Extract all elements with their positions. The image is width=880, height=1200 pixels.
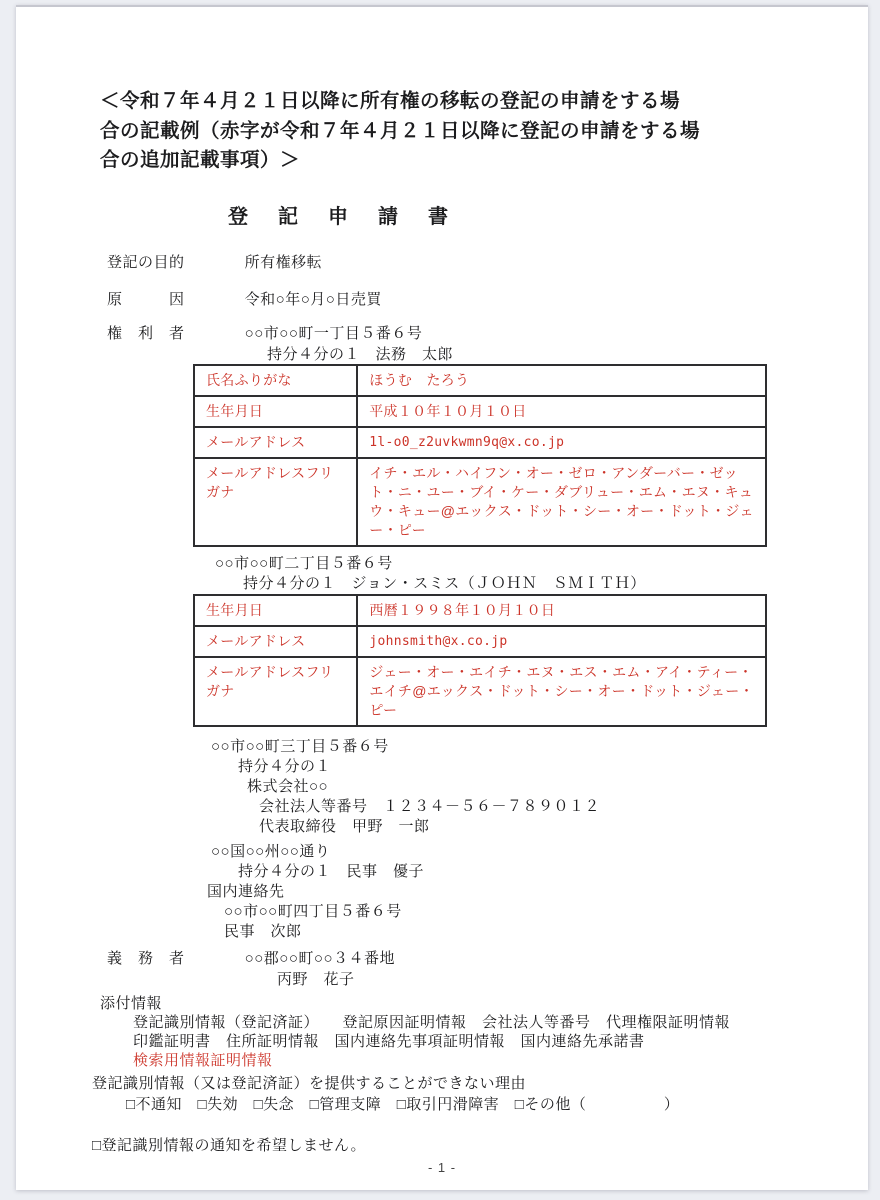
table-row: 生年月日 西暦１９９８年１０月１０日 bbox=[194, 595, 766, 626]
rightholder-label: 権 利 者 bbox=[107, 326, 240, 341]
party4-share: 持分４分の１ 民事 優子 bbox=[238, 864, 424, 879]
note-title-line: 合の追加記載事項）＞ bbox=[100, 146, 790, 176]
party1-contact-table: 氏名ふりがな ほうむ たろう 生年月日 平成１０年１０月１０日 メールアドレス … bbox=[193, 364, 767, 547]
party2-address: ○○市○○町二丁目５番６号 bbox=[215, 556, 393, 571]
obligor-name: 丙野 花子 bbox=[277, 972, 355, 987]
rightholder-row: 権 利 者 ○○市○○町一丁目５番６号 bbox=[107, 326, 422, 341]
form-title: 登 記 申 請 書 bbox=[228, 200, 453, 229]
domestic-contact-name: 民事 次郎 bbox=[224, 924, 302, 939]
party4-address: ○○国○○州○○通り bbox=[211, 844, 330, 859]
furigana-value: ほうむ たろう bbox=[357, 365, 766, 396]
party3-corporate-number: 会社法人等番号 １２３４－５６－７８９０１２ bbox=[259, 799, 600, 814]
party2-share: 持分４分の１ ジョン・スミス（ＪＯＨＮ ＳＭＩＴＨ） bbox=[243, 576, 646, 591]
note-title-line: ＜令和７年４月２１日以降に所有権の移転の登記の申請をする場 bbox=[100, 87, 790, 117]
email-kana-value: ジェー・オー・エイチ・エヌ・エス・エム・アイ・ティー・エイチ@エックス・ドット・… bbox=[357, 657, 766, 726]
birthdate-value: 平成１０年１０月１０日 bbox=[357, 396, 766, 427]
birthdate-value: 西暦１９９８年１０月１０日 bbox=[357, 595, 766, 626]
party3-company-name: 株式会社○○ bbox=[247, 779, 328, 794]
attachments-label: 添付情報 bbox=[100, 996, 162, 1011]
email-value: johnsmith@x.co.jp bbox=[357, 626, 766, 657]
cause-value: 令和○年○月○日売買 bbox=[245, 291, 382, 308]
birthdate-label: 生年月日 bbox=[194, 595, 357, 626]
birthdate-label: 生年月日 bbox=[194, 396, 357, 427]
party3-address: ○○市○○町三丁目５番６号 bbox=[211, 739, 389, 754]
table-row: メールアドレス johnsmith@x.co.jp bbox=[194, 626, 766, 657]
domestic-contact-label: 国内連絡先 bbox=[207, 884, 285, 899]
party2-contact-table: 生年月日 西暦１９９８年１０月１０日 メールアドレス johnsmith@x.c… bbox=[193, 594, 767, 727]
email-kana-label: メールアドレスフリガナ bbox=[194, 657, 357, 726]
document-viewer: { "colors": { "red_text": "#cc3328", "bl… bbox=[0, 0, 880, 1200]
table-row: メールアドレス 1l-o0_z2uvkwmn9q@x.co.jp bbox=[194, 427, 766, 458]
cause-label: 原 因 bbox=[107, 292, 240, 307]
obligor-label: 義 務 者 bbox=[107, 951, 240, 966]
email-kana-label: メールアドレスフリガナ bbox=[194, 458, 357, 546]
email-label: メールアドレス bbox=[194, 427, 357, 458]
note-title-line: 合の記載例（赤字が令和７年４月２１日以降に登記の申請をする場 bbox=[100, 117, 790, 147]
document-page: ＜令和７年４月２１日以降に所有権の移転の登記の申請をする場 合の記載例（赤字が令… bbox=[16, 5, 868, 1190]
reason-checkbox-options: □不通知 □失効 □失念 □管理支障 □取引円滑障害 □その他（ ） bbox=[126, 1097, 679, 1112]
purpose-label: 登記の目的 bbox=[107, 255, 240, 270]
note-title: ＜令和７年４月２１日以降に所有権の移転の登記の申請をする場 合の記載例（赤字が令… bbox=[100, 87, 790, 176]
email-kana-value: イチ・エル・ハイフン・オー・ゼロ・アンダーバー・ゼット・ニ・ユー・ブイ・ケー・ダ… bbox=[357, 458, 766, 546]
obligor-row: 義 務 者 ○○郡○○町○○３４番地 bbox=[107, 951, 395, 966]
attachments-line-2: 印鑑証明書 住所証明情報 国内連絡先事項証明情報 国内連絡先承諾書 bbox=[133, 1034, 645, 1049]
party1-address: ○○市○○町一丁目５番６号 bbox=[245, 325, 423, 342]
page-number: - 1 - bbox=[16, 1160, 868, 1175]
no-notification-checkbox-line: □登記識別情報の通知を希望しません。 bbox=[92, 1138, 366, 1153]
cause-row: 原 因 令和○年○月○日売買 bbox=[107, 292, 382, 307]
purpose-value: 所有権移転 bbox=[245, 254, 323, 271]
domestic-contact-address: ○○市○○町四丁目５番６号 bbox=[224, 904, 402, 919]
party1-share: 持分４分の１ 法務 太郎 bbox=[267, 347, 453, 362]
reason-heading: 登記識別情報（又は登記済証）を提供することができない理由 bbox=[92, 1076, 526, 1091]
party3-representative: 代表取締役 甲野 一郎 bbox=[259, 819, 430, 834]
table-row: 氏名ふりがな ほうむ たろう bbox=[194, 365, 766, 396]
email-label: メールアドレス bbox=[194, 626, 357, 657]
email-value: 1l-o0_z2uvkwmn9q@x.co.jp bbox=[357, 427, 766, 458]
table-row: 生年月日 平成１０年１０月１０日 bbox=[194, 396, 766, 427]
table-row: メールアドレスフリガナ ジェー・オー・エイチ・エヌ・エス・エム・アイ・ティー・エ… bbox=[194, 657, 766, 726]
attachments-line-3-red: 検索用情報証明情報 bbox=[133, 1053, 273, 1068]
attachments-line-1: 登記識別情報（登記済証） 登記原因証明情報 会社法人等番号 代理権限証明情報 bbox=[133, 1015, 730, 1030]
party3-share: 持分４分の１ bbox=[238, 759, 331, 774]
furigana-label: 氏名ふりがな bbox=[194, 365, 357, 396]
obligor-address: ○○郡○○町○○３４番地 bbox=[245, 950, 395, 967]
table-row: メールアドレスフリガナ イチ・エル・ハイフン・オー・ゼロ・アンダーバー・ゼット・… bbox=[194, 458, 766, 546]
purpose-row: 登記の目的 所有権移転 bbox=[107, 255, 322, 270]
